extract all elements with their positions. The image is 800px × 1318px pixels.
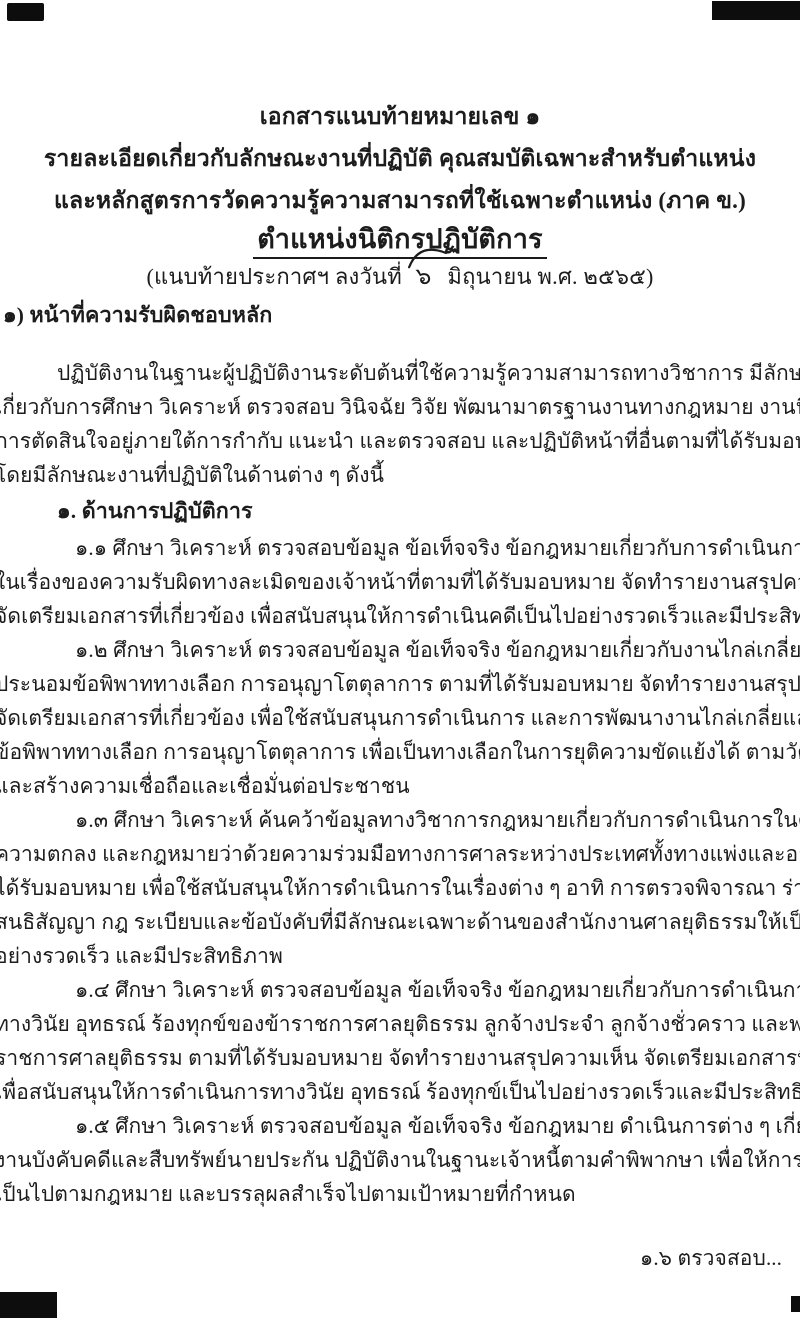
item-1-4-line: ๑.๔ ศึกษา วิเคราะห์ ตรวจสอบข้อมูล ข้อเท็…: [0, 975, 800, 1005]
item-1-3-line: ได้รับมอบหมาย เพื่อใช้สนับสนุนให้การดำเน…: [0, 873, 800, 903]
section-heading-main-duties: ๑) หน้าที่ความรับผิดชอบหลัก: [0, 300, 800, 330]
intro-line: การตัดสินใจอยู่ภายใต้การกำกับ แนะนำ และต…: [0, 426, 800, 456]
item-1-5-line: เป็นไปตามกฎหมาย และบรรลุผลสำเร็จไปตามเป้…: [0, 1179, 800, 1209]
date-line: (แนบท้ายประกาศฯ ลงวันที่๖มิถุนายน พ.ศ. ๒…: [0, 262, 800, 292]
item-1-2-line: ประนอมข้อพิพาททางเลือก การอนุญาโตตุลาการ…: [0, 669, 800, 699]
continuation-marker: ๑.๖ ตรวจสอบ...: [640, 1243, 782, 1273]
item-1-2-line: และสร้างความเชื่อถือและเชื่อมั่นต่อประชา…: [0, 771, 800, 801]
item-1-5-line: ๑.๕ ศึกษา วิเคราะห์ ตรวจสอบข้อมูล ข้อเท็…: [0, 1111, 800, 1141]
position-title-text: ตำแหน่งนิติกรปฏิบัติการ: [253, 224, 547, 259]
handwritten-flourish-icon: [405, 244, 451, 270]
handwritten-day-number: ๖: [415, 261, 433, 292]
intro-line: ปฏิบัติงานในฐานะผู้ปฏิบัติงานระดับต้นที่…: [0, 358, 800, 388]
item-1-3-line: สนธิสัญญา กฎ ระเบียบและข้อบังคับที่มีลัก…: [0, 907, 800, 937]
item-1-2-line: จัดเตรียมเอกสารที่เกี่ยวข้อง เพื่อใช้สนั…: [0, 703, 800, 733]
document-page: เอกสารแนบท้ายหมายเลข ๑ รายละเอียดเกี่ยวก…: [0, 0, 800, 1318]
item-1-3-line: ๑.๓ ศึกษา วิเคราะห์ ค้นคว้าข้อมูลทางวิชา…: [0, 805, 800, 835]
item-1-3-line: ความตกลง และกฎหมายว่าด้วยความร่วมมือทางก…: [0, 839, 800, 869]
subsection-heading-operations: ๑. ด้านการปฏิบัติการ: [0, 496, 800, 526]
intro-line: เกี่ยวกับการศึกษา วิเคราะห์ ตรวจสอบ วินิ…: [0, 392, 800, 422]
date-suffix: มิถุนายน พ.ศ. ๒๕๖๕): [447, 264, 653, 289]
item-1-3-line: อย่างรวดเร็ว และมีประสิทธิภาพ: [0, 941, 800, 971]
item-1-2-line: ๑.๒ ศึกษา วิเคราะห์ ตรวจสอบข้อมูล ข้อเท็…: [0, 635, 800, 665]
scan-artifact-bottom-right: [791, 1296, 800, 1312]
date-prefix: (แนบท้ายประกาศฯ ลงวันที่: [146, 264, 401, 289]
item-1-4-line: เพื่อสนับสนุนให้การดำเนินการทางวินัย อุท…: [0, 1077, 800, 1107]
item-1-2-line: ข้อพิพาททางเลือก การอนุญาโตตุลาการ เพื่อ…: [0, 737, 800, 767]
item-1-4-line: ทางวินัย อุทธรณ์ ร้องทุกข์ของข้าราชการศา…: [0, 1009, 800, 1039]
item-1-4-line: ราชการศาลยุติธรรม ตามที่ได้รับมอบหมาย จั…: [0, 1043, 800, 1073]
doc-title-line-1: เอกสารแนบท้ายหมายเลข ๑: [0, 102, 800, 132]
item-1-5-line: งานบังคับคดีและสืบทรัพย์นายประกัน ปฏิบัต…: [0, 1145, 800, 1175]
position-title: ตำแหน่งนิติกรปฏิบัติการ: [0, 224, 800, 259]
scan-artifact-bottom-left: [0, 1292, 57, 1318]
doc-title-line-2: รายละเอียดเกี่ยวกับลักษณะงานที่ปฏิบัติ ค…: [0, 144, 800, 174]
scan-artifact-top-left: [7, 3, 44, 21]
item-1-1-line: ในเรื่องของความรับผิดทางละเมิดของเจ้าหน้…: [0, 567, 800, 597]
item-1-1-line: ๑.๑ ศึกษา วิเคราะห์ ตรวจสอบข้อมูล ข้อเท็…: [0, 533, 800, 563]
scan-artifact-top-right: [712, 1, 800, 20]
doc-title-line-3: และหลักสูตรการวัดความรู้ความสามารถที่ใช้…: [0, 186, 800, 216]
item-1-1-line: จัดเตรียมเอกสารที่เกี่ยวข้อง เพื่อสนับสน…: [0, 601, 800, 631]
intro-line: โดยมีลักษณะงานที่ปฏิบัติในด้านต่าง ๆ ดัง…: [0, 460, 800, 490]
